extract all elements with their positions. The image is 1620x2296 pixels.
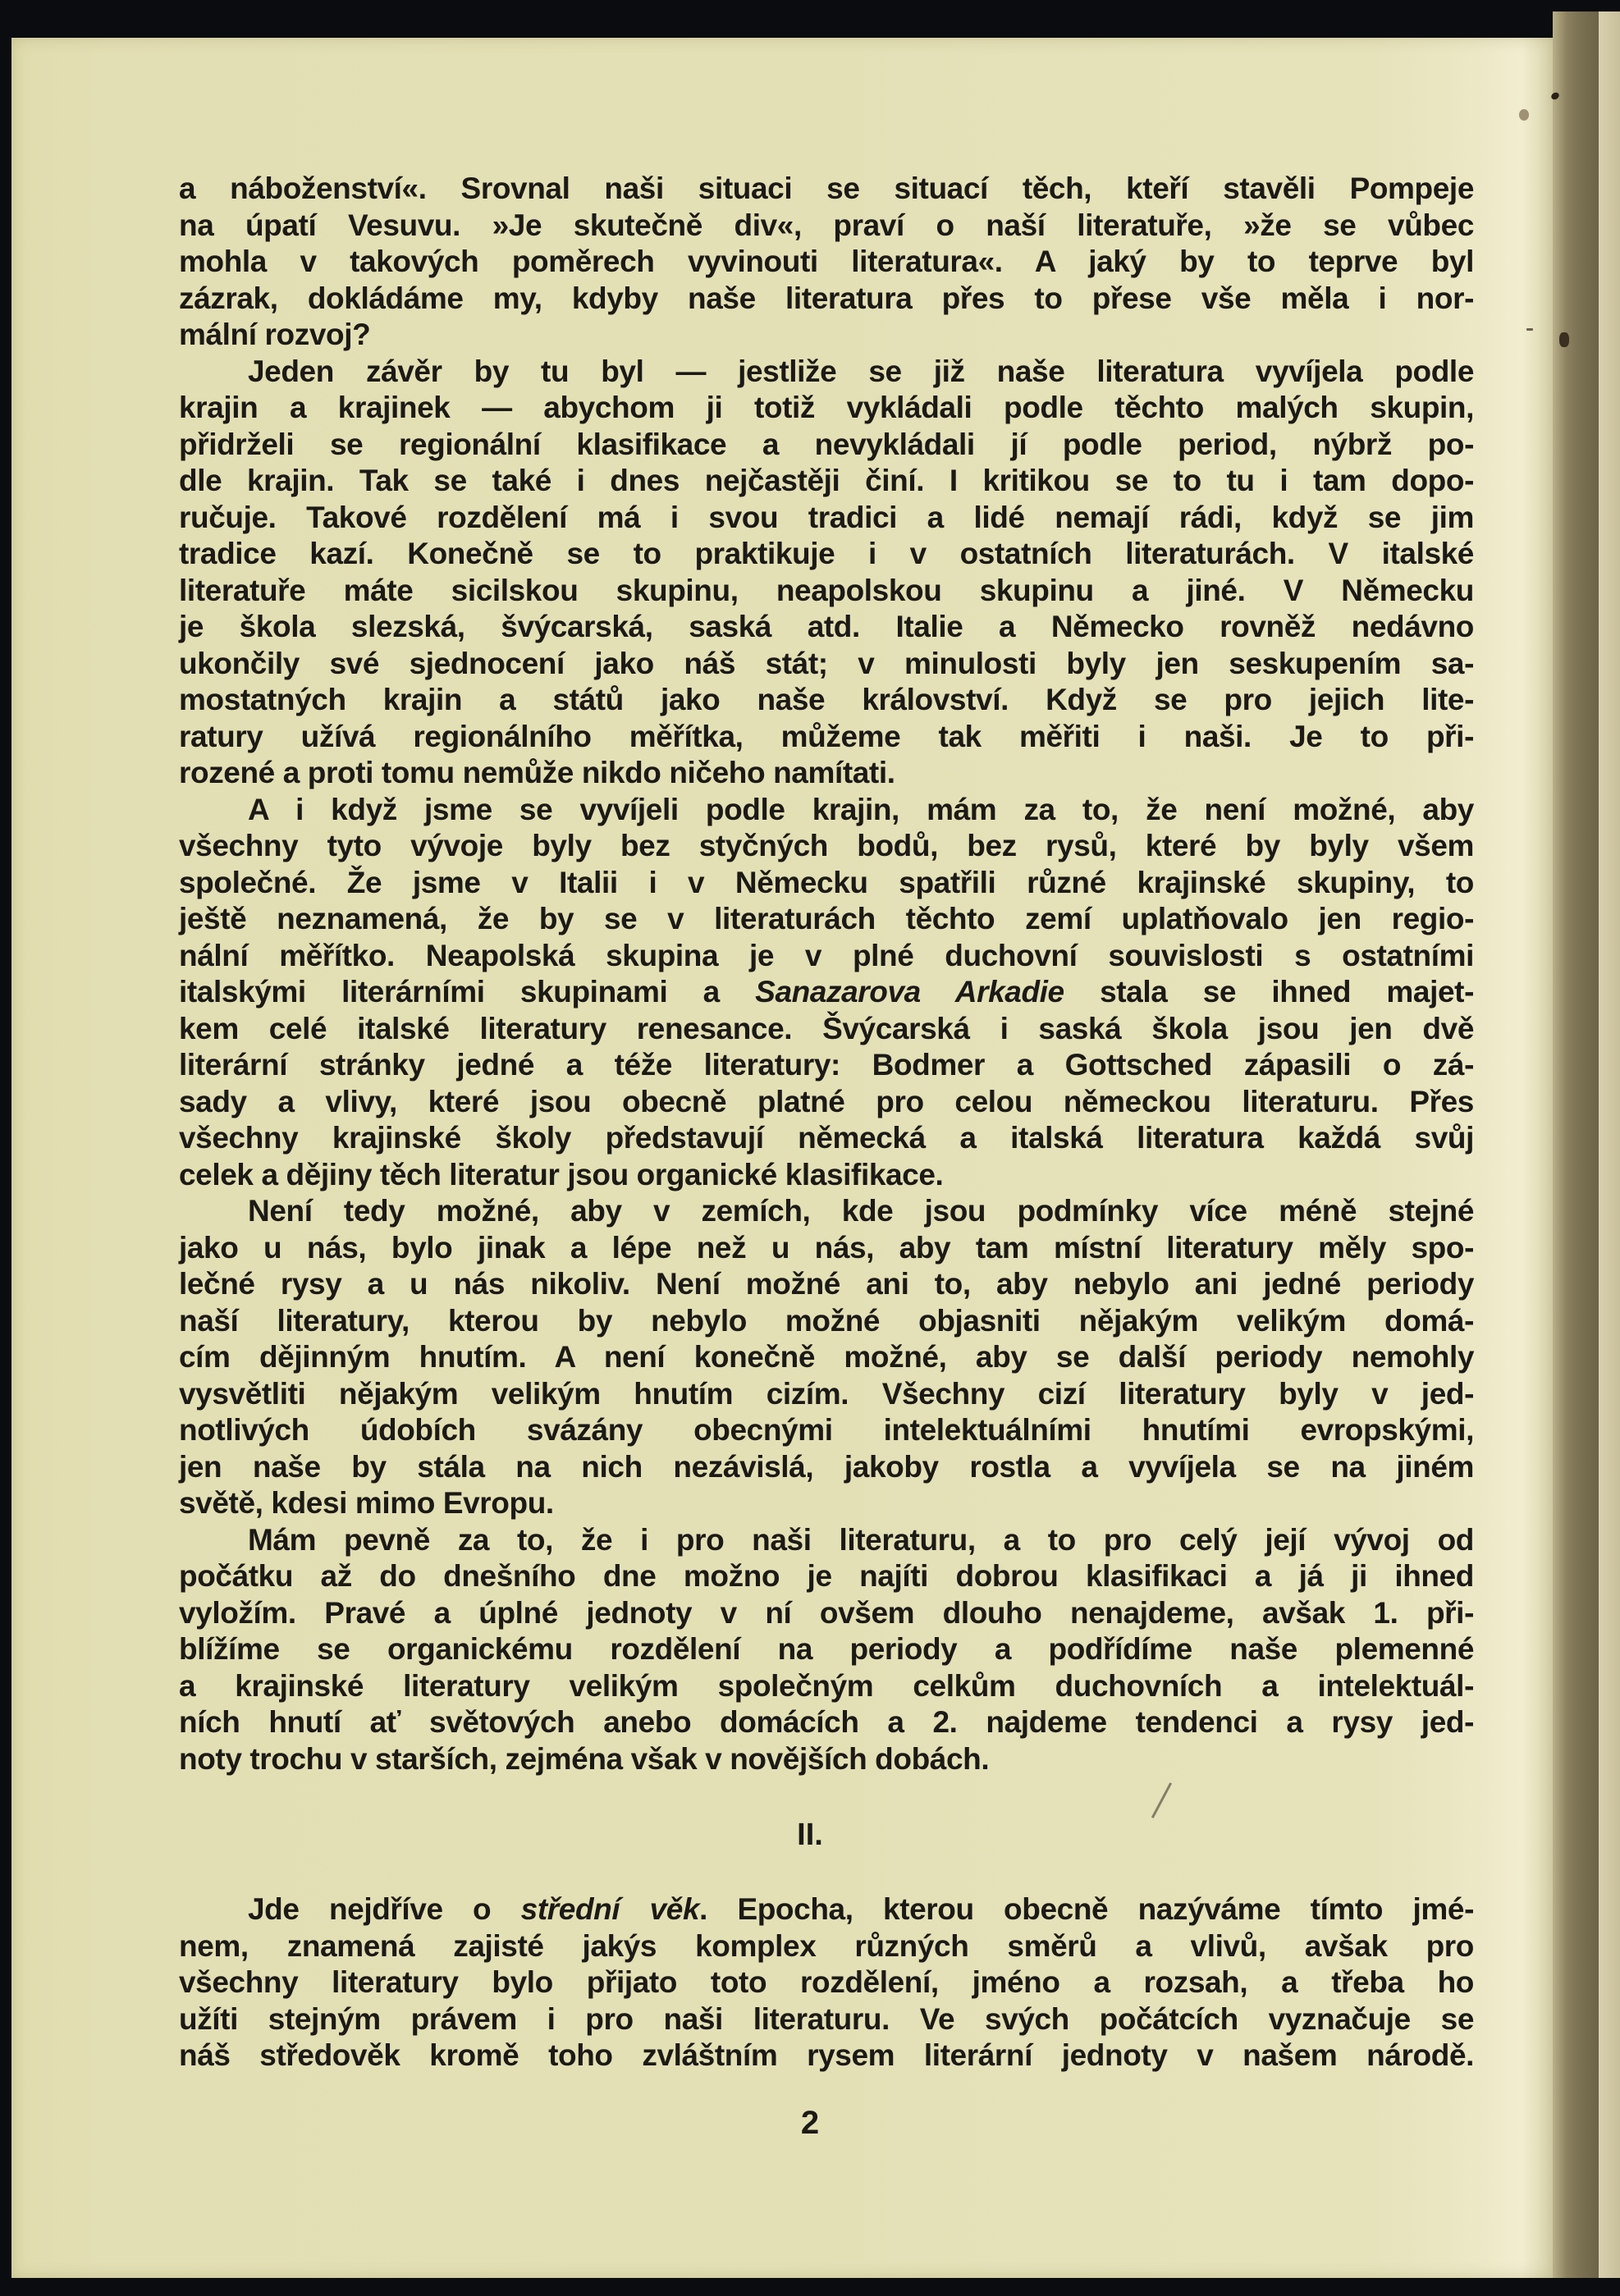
text-line: rozené a proti tomu nemůže nikdo ničeho …	[179, 755, 1474, 792]
text-line: cím dějinným hnutím. A není konečně možn…	[179, 1339, 1474, 1376]
paragraph: Jeden závěr by tu byl — jestliže se již …	[179, 354, 1474, 792]
text-line: Jeden závěr by tu byl — jestliže se již …	[179, 354, 1474, 391]
text-line: notlivých údobích svázány obecnými intel…	[179, 1412, 1474, 1449]
paragraph: Mám pevně za to, že i pro naši literatur…	[179, 1522, 1474, 1778]
text-line: naší literatury, kterou by nebylo možné …	[179, 1303, 1474, 1340]
book-spine-shadow	[1553, 11, 1599, 2278]
text-line: Mám pevně za to, že i pro naši literatur…	[179, 1522, 1474, 1559]
text-line: počátku až do dnešního dne možno je nají…	[179, 1558, 1474, 1595]
text-line: a náboženství«. Srovnal naši situaci se …	[179, 171, 1474, 208]
section-heading: II.	[0, 1818, 1620, 1853]
text-line: sady a vlivy, které jsou obecně platné p…	[179, 1084, 1474, 1121]
text-line: všechny tyto vývoje byly bez styčných bo…	[179, 828, 1474, 865]
text-line: ještě neznamená, že by se v literaturách…	[179, 901, 1474, 938]
text-line: jen naše by stála na nich nezávislá, jak…	[179, 1449, 1474, 1486]
text-line: všechny krajinské školy představují něme…	[179, 1120, 1474, 1157]
text-line: italskými literárními skupinami a Sanaza…	[179, 974, 1474, 1011]
text-line: krajin a krajinek — abychom ji totiž vyk…	[179, 390, 1474, 427]
text-line: mální rozvoj?	[179, 317, 1474, 354]
body-text: a náboženství«. Srovnal naši situaci se …	[179, 171, 1474, 1777]
text-line: literární stránky jedné a téže literatur…	[179, 1047, 1474, 1084]
text-line: vyložím. Pravé a úplné jednoty v ní ovše…	[179, 1595, 1474, 1632]
text-line: je škola slezská, švýcarská, saská atd. …	[179, 609, 1474, 646]
text-line: nální měřítko. Neapolská skupina je v pl…	[179, 938, 1474, 975]
adjacent-page-edge	[1599, 11, 1620, 2278]
text-line: A i když jsme se vyvíjeli podle krajin, …	[179, 792, 1474, 829]
paragraph: Není tedy možné, aby v zemích, kde jsou …	[179, 1193, 1474, 1522]
italic-title: Sanazarova Arkadie	[755, 975, 1064, 1009]
text-line: ních hnutí ať světových anebo domácích a…	[179, 1704, 1474, 1741]
text-line: mostatných krajin a států jako naše král…	[179, 682, 1474, 719]
text-line: ručuje. Takové rozdělení má i svou tradi…	[179, 500, 1474, 537]
italic-term: střední věk	[521, 1892, 700, 1926]
text-line: na úpatí Vesuvu. »Je skutečně div«, prav…	[179, 208, 1474, 245]
text-line: nem, znamená zajisté jakýs komplex různý…	[179, 1928, 1474, 1965]
text-line: celek a dějiny těch literatur jsou organ…	[179, 1157, 1474, 1194]
text-line: tradice kazí. Konečně se to praktikuje i…	[179, 536, 1474, 573]
text-line: ukončily své sjednocení jako náš stát; v…	[179, 646, 1474, 683]
text-line: mohla v takových poměrech vyvinouti lite…	[179, 244, 1474, 281]
paragraph: A i když jsme se vyvíjeli podle krajin, …	[179, 792, 1474, 1194]
page-number: 2	[0, 2105, 1620, 2142]
text-line: ratury užívá regionálního měřítka, můžem…	[179, 719, 1474, 756]
text-line: společné. Že jsme v Italii i v Německu s…	[179, 865, 1474, 902]
ink-mark	[1526, 328, 1533, 331]
text-line: blížíme se organickému rozdělení na peri…	[179, 1631, 1474, 1668]
text-line: a krajinské literatury velikým společným…	[179, 1668, 1474, 1705]
paragraph: a náboženství«. Srovnal naši situaci se …	[179, 171, 1474, 354]
paper-stain	[1519, 109, 1529, 121]
text-line: vysvětliti nějakým velikým hnutím cizím.…	[179, 1376, 1474, 1413]
text-line: dle krajin. Tak se také i dnes nejčastěj…	[179, 463, 1474, 500]
text-line: jako u nás, bylo jinak a lépe než u nás,…	[179, 1230, 1474, 1267]
text-line: literatuře máte sicilskou skupinu, neapo…	[179, 573, 1474, 610]
text-line: přidrželi se regionální klasifikace a ne…	[179, 427, 1474, 464]
text-line: užíti stejným právem i pro naši literatu…	[179, 2001, 1474, 2038]
text-line: všechny literatury bylo přijato toto roz…	[179, 1964, 1474, 2001]
text-line: Jde nejdříve o střední věk. Epocha, kter…	[179, 1891, 1474, 1928]
text-line: lečné rysy a u nás nikoliv. Není možné a…	[179, 1266, 1474, 1303]
text-line: zázrak, dokládáme my, kdyby naše literat…	[179, 281, 1474, 318]
ink-speck	[1559, 332, 1569, 347]
section-ii-paragraph: Jde nejdříve o střední věk. Epocha, kter…	[179, 1891, 1474, 2074]
text-line: kem celé italské literatury renesance. Š…	[179, 1011, 1474, 1048]
text-line: Není tedy možné, aby v zemích, kde jsou …	[179, 1193, 1474, 1230]
text-line: náš středověk kromě toho zvláštním rysem…	[179, 2038, 1474, 2074]
text-line: noty trochu v starších, zejména však v n…	[179, 1741, 1474, 1778]
scanned-page: a náboženství«. Srovnal naši situaci se …	[0, 0, 1620, 2296]
text-line: světě, kdesi mimo Evropu.	[179, 1485, 1474, 1522]
